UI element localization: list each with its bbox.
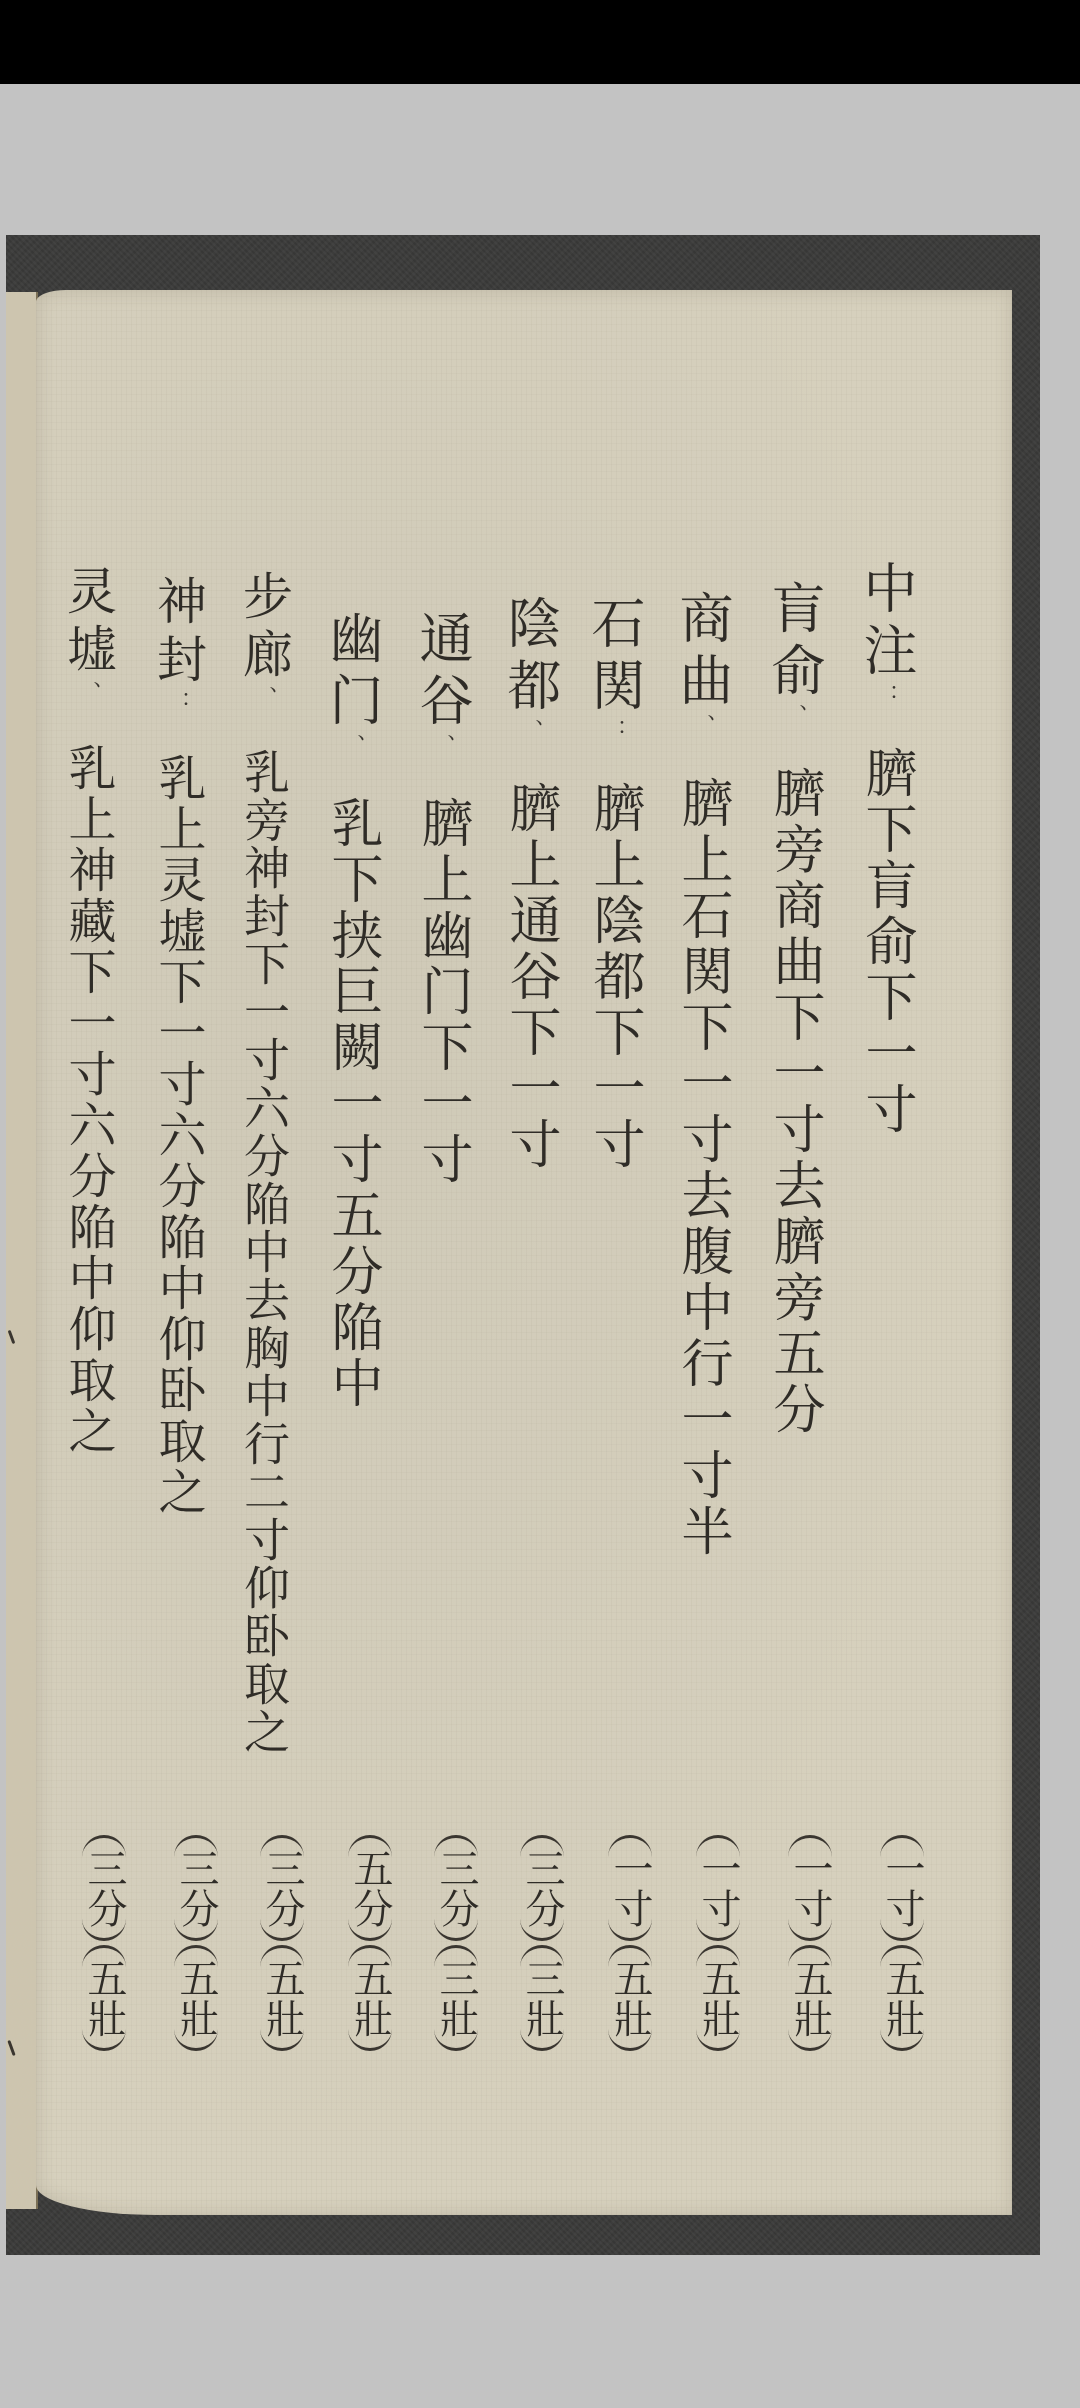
note-column-7: 五分五壯 [348,1835,392,2055]
text-column-10: 灵墟、乳上神藏下一寸六分陥中仰取之 [60,565,116,1457]
text-column-5: 陰都、臍上通谷下一寸 [500,595,560,1173]
needle-depth: 一寸 [696,1835,740,1941]
needle-depth: 五分 [348,1835,392,1941]
top-status-bar [0,0,1080,84]
point-description: 臍上幽门下一寸 [412,796,472,1188]
point-description: 臍下肓俞下一寸 [856,746,916,1138]
text-column-9: 神封：乳上灵墟下一寸六分陥中仰卧取之 [150,575,206,1518]
text-column-4: 石関：臍上陰都下一寸 [584,595,644,1173]
needle-depth: 三分 [82,1835,126,1941]
page-binding-fold [6,292,38,2209]
point-name: 神封 [149,575,207,691]
repeat-mark: 、 [782,704,807,726]
moxa-count: 五壯 [608,1945,652,2051]
repeat-mark: ： [874,684,899,706]
note-column-4: 一寸五壯 [608,1835,652,2055]
point-name: 商曲 [671,590,734,714]
repeat-mark: 、 [252,686,277,708]
note-column-5: 三分三壯 [520,1835,564,2055]
note-column-2: 一寸五壯 [788,1835,832,2055]
point-name: 陰都 [499,595,562,719]
moxa-count: 五壯 [696,1945,740,2051]
repeat-mark: 、 [690,714,715,736]
text-column-8: 步廊、乳旁神封下一寸六分陥中去胸中行二寸仰卧取之 [236,570,292,1756]
point-description: 乳旁神封下一寸六分陥中去胸中行二寸仰卧取之 [237,748,291,1756]
note-column-8: 三分五壯 [260,1835,304,2055]
manuscript-page: 中注：臍下肓俞下一寸 肓俞、臍旁商曲下一寸去臍旁五分 商曲、臍上石関下一寸去腹中… [36,290,1012,2215]
text-column-6: 通谷、臍上幽门下一寸 [412,610,472,1188]
moxa-count: 五壯 [788,1945,832,2051]
repeat-mark: ： [166,691,191,713]
needle-depth: 三分 [434,1835,478,1941]
point-description: 乳上神藏下一寸六分陥中仰取之 [60,743,116,1457]
repeat-mark: 、 [518,719,543,741]
point-description: 臍上通谷下一寸 [500,781,560,1173]
needle-depth: 一寸 [608,1835,652,1941]
point-name: 幽门 [321,610,384,734]
repeat-mark: ： [602,719,627,741]
point-description: 乳上灵墟下一寸六分陥中仰卧取之 [150,753,206,1518]
note-column-10: 三分五壯 [82,1835,126,2055]
needle-depth: 三分 [174,1835,218,1941]
repeat-mark: 、 [430,734,455,756]
moxa-count: 五壯 [348,1945,392,2051]
point-name: 肓俞 [763,580,826,704]
text-column-7: 幽门、乳下挟巨闕一寸五分陥中 [322,610,382,1412]
point-name: 灵墟 [59,565,117,681]
note-column-6: 三分三壯 [434,1835,478,2055]
moxa-count: 五壯 [82,1945,126,2051]
moxa-count: 三壯 [434,1945,478,2051]
moxa-count: 三壯 [520,1945,564,2051]
point-name: 通谷 [411,610,474,734]
point-name: 步廊 [235,570,293,686]
point-description: 乳下挟巨闕一寸五分陥中 [322,796,382,1412]
point-name: 中注 [855,560,918,684]
note-column-9: 三分五壯 [174,1835,218,2055]
moxa-count: 五壯 [880,1945,924,2051]
point-name: 石関 [583,595,646,719]
text-column-3: 商曲、臍上石関下一寸去腹中行一寸半 [672,590,732,1560]
point-description: 臍上陰都下一寸 [584,781,644,1173]
needle-depth: 三分 [520,1835,564,1941]
repeat-mark: 、 [76,681,101,703]
needle-depth: 三分 [260,1835,304,1941]
moxa-count: 五壯 [260,1945,304,2051]
point-description: 臍旁商曲下一寸去臍旁五分 [764,766,824,1438]
point-description: 臍上石関下一寸去腹中行一寸半 [672,776,732,1560]
needle-depth: 一寸 [880,1835,924,1941]
text-column-1: 中注：臍下肓俞下一寸 [856,560,916,1138]
note-column-1: 一寸五壯 [880,1835,924,2055]
note-column-3: 一寸五壯 [696,1835,740,2055]
moxa-count: 五壯 [174,1945,218,2051]
text-column-2: 肓俞、臍旁商曲下一寸去臍旁五分 [764,580,824,1438]
repeat-mark: 、 [340,734,365,756]
needle-depth: 一寸 [788,1835,832,1941]
